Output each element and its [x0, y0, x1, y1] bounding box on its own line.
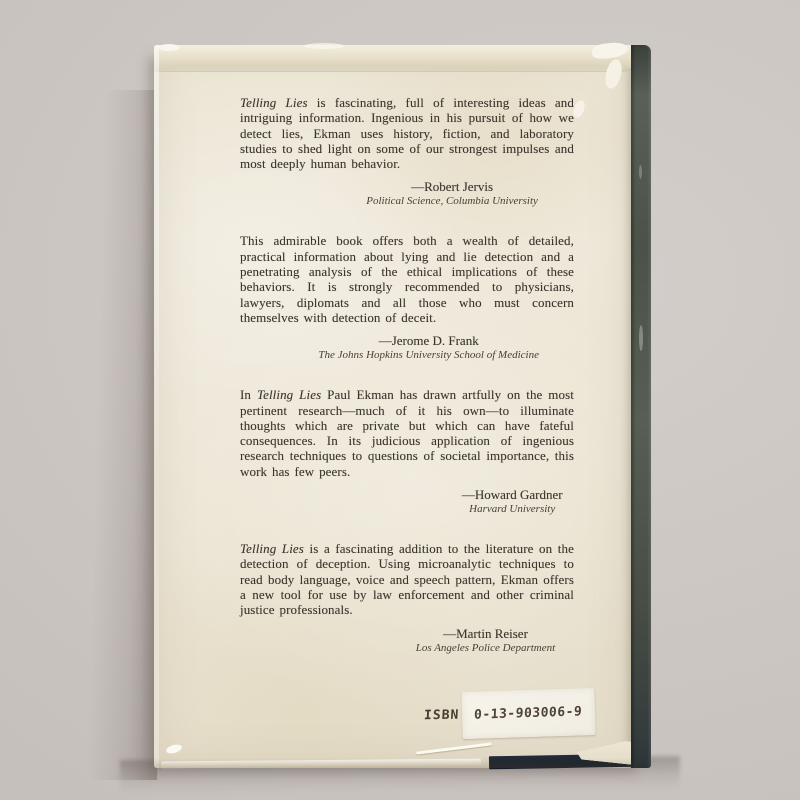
crease-tear: [416, 742, 492, 754]
spine-glint: [639, 325, 643, 351]
book-title-italic: Telling Lies: [257, 387, 321, 402]
blurb-signature: —Howard Gardner Harvard University: [240, 487, 574, 516]
blurb-affiliation: Los Angeles Police Department: [397, 642, 574, 655]
dust-jacket-back: Telling Lies is fascinating, full of int…: [154, 45, 631, 768]
spine-glint: [639, 165, 642, 179]
isbn-number: 0-13-903006-9: [474, 704, 583, 722]
blurb-signature: —Martin Reiser Los Angeles Police Depart…: [240, 626, 574, 655]
book-title-italic: Telling Lies: [240, 95, 308, 110]
blurb-attribution: —Howard Gardner: [450, 487, 574, 503]
blurb-signature: —Robert Jervis Political Science, Columb…: [240, 179, 574, 208]
jacket-top-fold: [154, 45, 631, 72]
blurb-paragraph: Telling Lies is fascinating, full of int…: [240, 95, 574, 171]
blurb-quote: Telling Lies is a fascinating addition t…: [240, 541, 574, 654]
photo-backdrop: Telling Lies is fascinating, full of int…: [0, 0, 800, 800]
isbn-label: ISBN: [424, 708, 460, 724]
book: Telling Lies is fascinating, full of int…: [154, 45, 651, 768]
blurb-affiliation: The Johns Hopkins University School of M…: [283, 349, 574, 362]
blurb-quote: In Telling Lies Paul Ekman has drawn art…: [240, 387, 574, 516]
isbn-sticker: 0-13-903006-9: [461, 688, 595, 739]
blurb-affiliation: Political Science, Columbia University: [330, 195, 574, 208]
blurb-paragraph: Telling Lies is a fascinating addition t…: [240, 541, 574, 617]
worn-edge-chip: [165, 743, 183, 755]
blurb-paragraph: This admirable book offers both a wealth…: [240, 233, 574, 325]
blurb-attribution: —Robert Jervis: [330, 179, 574, 195]
blurb-attribution: —Jerome D. Frank: [283, 333, 574, 349]
book-title-italic: Telling Lies: [240, 541, 304, 556]
blurb-attribution: —Martin Reiser: [397, 626, 574, 642]
blurb-quote: Telling Lies is fascinating, full of int…: [240, 95, 574, 208]
blurb-signature: —Jerome D. Frank The Johns Hopkins Unive…: [240, 333, 574, 362]
blurb-text-pre: In: [240, 387, 257, 402]
jacket-left-edge: [154, 45, 159, 768]
worn-edge-chip: [304, 43, 344, 49]
spine-edge: [631, 45, 651, 768]
blurb-text: This admirable book offers both a wealth…: [240, 233, 574, 324]
blurb-quote: This admirable book offers both a wealth…: [240, 233, 574, 362]
blurb-column: Telling Lies is fascinating, full of int…: [240, 95, 574, 655]
bottom-edge-shade: [154, 758, 631, 768]
worn-edge-chip: [158, 44, 180, 51]
blurb-affiliation: Harvard University: [450, 503, 574, 516]
blurb-paragraph: In Telling Lies Paul Ekman has drawn art…: [240, 387, 574, 479]
